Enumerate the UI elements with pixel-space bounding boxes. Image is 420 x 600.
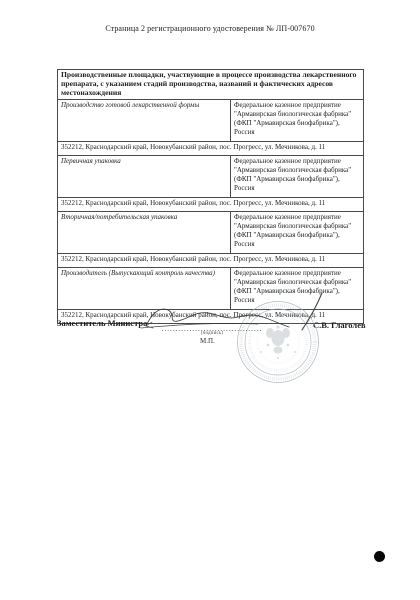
production-sites-table: Производственные площадки, участвующие в… (57, 69, 364, 324)
table-header-row: Производственные площадки, участвующие в… (58, 70, 364, 100)
page-header: Страница 2 регистрационного удостоверени… (0, 24, 420, 33)
address-cell: 352212, Краснодарский край, Новокубански… (58, 254, 364, 268)
signature-caption: (подпись) (186, 331, 238, 336)
stage-cell: Первичная упаковка (58, 156, 231, 198)
company-cell: Федеральное казенное предприятие "Армави… (231, 100, 364, 142)
stage-cell: Вторичная/потребительская упаковка (58, 212, 231, 254)
signer-name: С.В. Глаголев (313, 320, 403, 330)
table-row: Производство готовой лекарственной формы… (58, 100, 364, 142)
address-cell: 352212, Краснодарский край, Новокубански… (58, 142, 364, 156)
table-row: Первичная упаковка Федеральное казенное … (58, 156, 364, 198)
table-row: Производитель (Выпускающий контроль каче… (58, 268, 364, 310)
stage-cell: Производство готовой лекарственной формы (58, 100, 231, 142)
signer-title: Заместитель Министра (57, 318, 147, 328)
table-row: 352212, Краснодарский край, Новокубански… (58, 142, 364, 156)
address-cell: 352212, Краснодарский край, Новокубански… (58, 198, 364, 212)
black-dot-marker (374, 551, 385, 562)
table-row: 352212, Краснодарский край, Новокубански… (58, 254, 364, 268)
stage-cell: Производитель (Выпускающий контроль каче… (58, 268, 231, 310)
scanned-certificate-page: Страница 2 регистрационного удостоверени… (0, 0, 420, 600)
table-row: 352212, Краснодарский край, Новокубански… (58, 198, 364, 212)
eagle-emblem (260, 325, 296, 359)
company-cell: Федеральное казенное предприятие "Армави… (231, 268, 364, 310)
table-row: Вторичная/потребительская упаковка Федер… (58, 212, 364, 254)
company-cell: Федеральное казенное предприятие "Армави… (231, 156, 364, 198)
table-header-cell: Производственные площадки, участвующие в… (58, 70, 364, 100)
seal-place-label: М.П. (200, 337, 230, 345)
company-cell: Федеральное казенное предприятие "Армави… (231, 212, 364, 254)
